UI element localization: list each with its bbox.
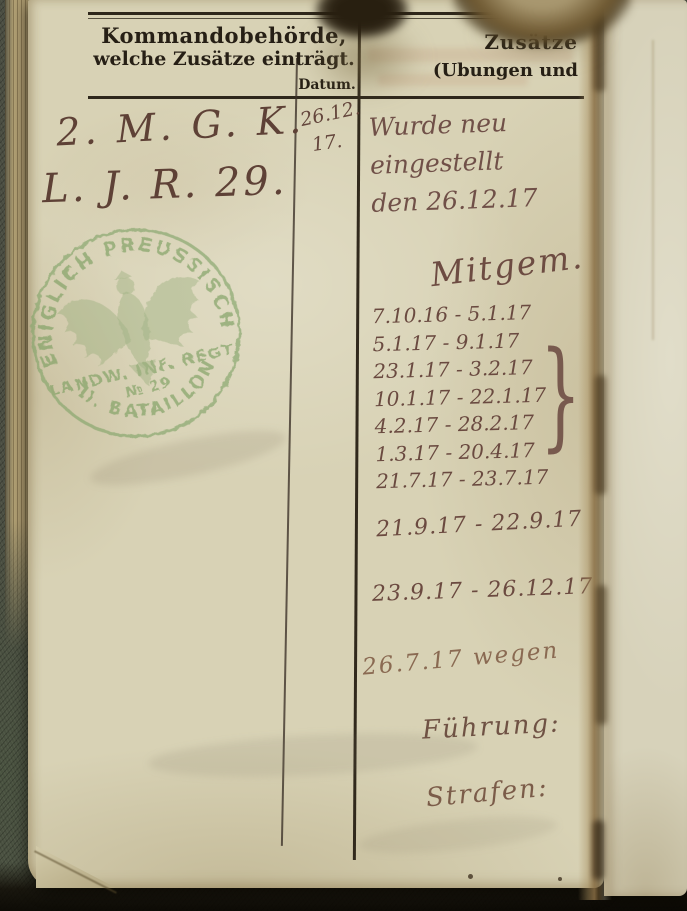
grouping-brace: } (540, 338, 581, 450)
right-page (604, 0, 687, 896)
ink-speck (468, 874, 473, 879)
regimental-stamp: KOENIGLICH PREUSSISCHES II. BATAILLON LA… (0, 197, 274, 469)
authority-entry-line1: 2. M. G. K. (55, 98, 306, 155)
date-range: 21.9.17 - 22.9.17 (375, 507, 582, 543)
authority-entry-line2: L. J. R. 29. (41, 158, 288, 213)
section-heading: Mitgem. (428, 237, 586, 294)
closing-note-fuehrung: Führung: (421, 708, 561, 745)
datum-entry-line2: 17. (311, 130, 344, 156)
gutter-wear-spot (593, 820, 604, 880)
date-range: 4.2.17 - 28.2.17 (374, 409, 547, 441)
date-range: 7.10.16 - 5.1.17 (372, 299, 545, 331)
document-photo: Kommandobehörde, welche Zusätze einträgt… (0, 0, 687, 911)
enrollment-note-line3: den 26.12.17 (371, 179, 538, 223)
enrollment-note-line2: eingestellt (369, 141, 536, 185)
ink-speck (558, 877, 562, 881)
date-range: 21.7.17 - 23.7.17 (376, 464, 549, 496)
paper-smudge (357, 810, 559, 861)
binding-gutter (578, 0, 612, 900)
date-range-list: 7.10.16 - 5.1.17 5.1.17 - 9.1.17 23.1.17… (372, 299, 549, 496)
gutter-wear-spot (596, 585, 607, 725)
page-crease (652, 40, 654, 340)
folded-corner (36, 846, 116, 888)
enrollment-note: Wurde neu eingestellt den 26.12.17 (368, 103, 538, 223)
left-page: Kommandobehörde, welche Zusätze einträgt… (28, 0, 604, 888)
gutter-wear-spot (595, 375, 606, 495)
closing-note-strafen: Strafen: (425, 773, 550, 814)
date-range: 23.9.17 - 26.12.17 (372, 574, 594, 607)
date-range: 23.1.17 - 3.2.17 (373, 354, 546, 386)
closing-note-date: 26.7.17 wegen (361, 637, 560, 680)
